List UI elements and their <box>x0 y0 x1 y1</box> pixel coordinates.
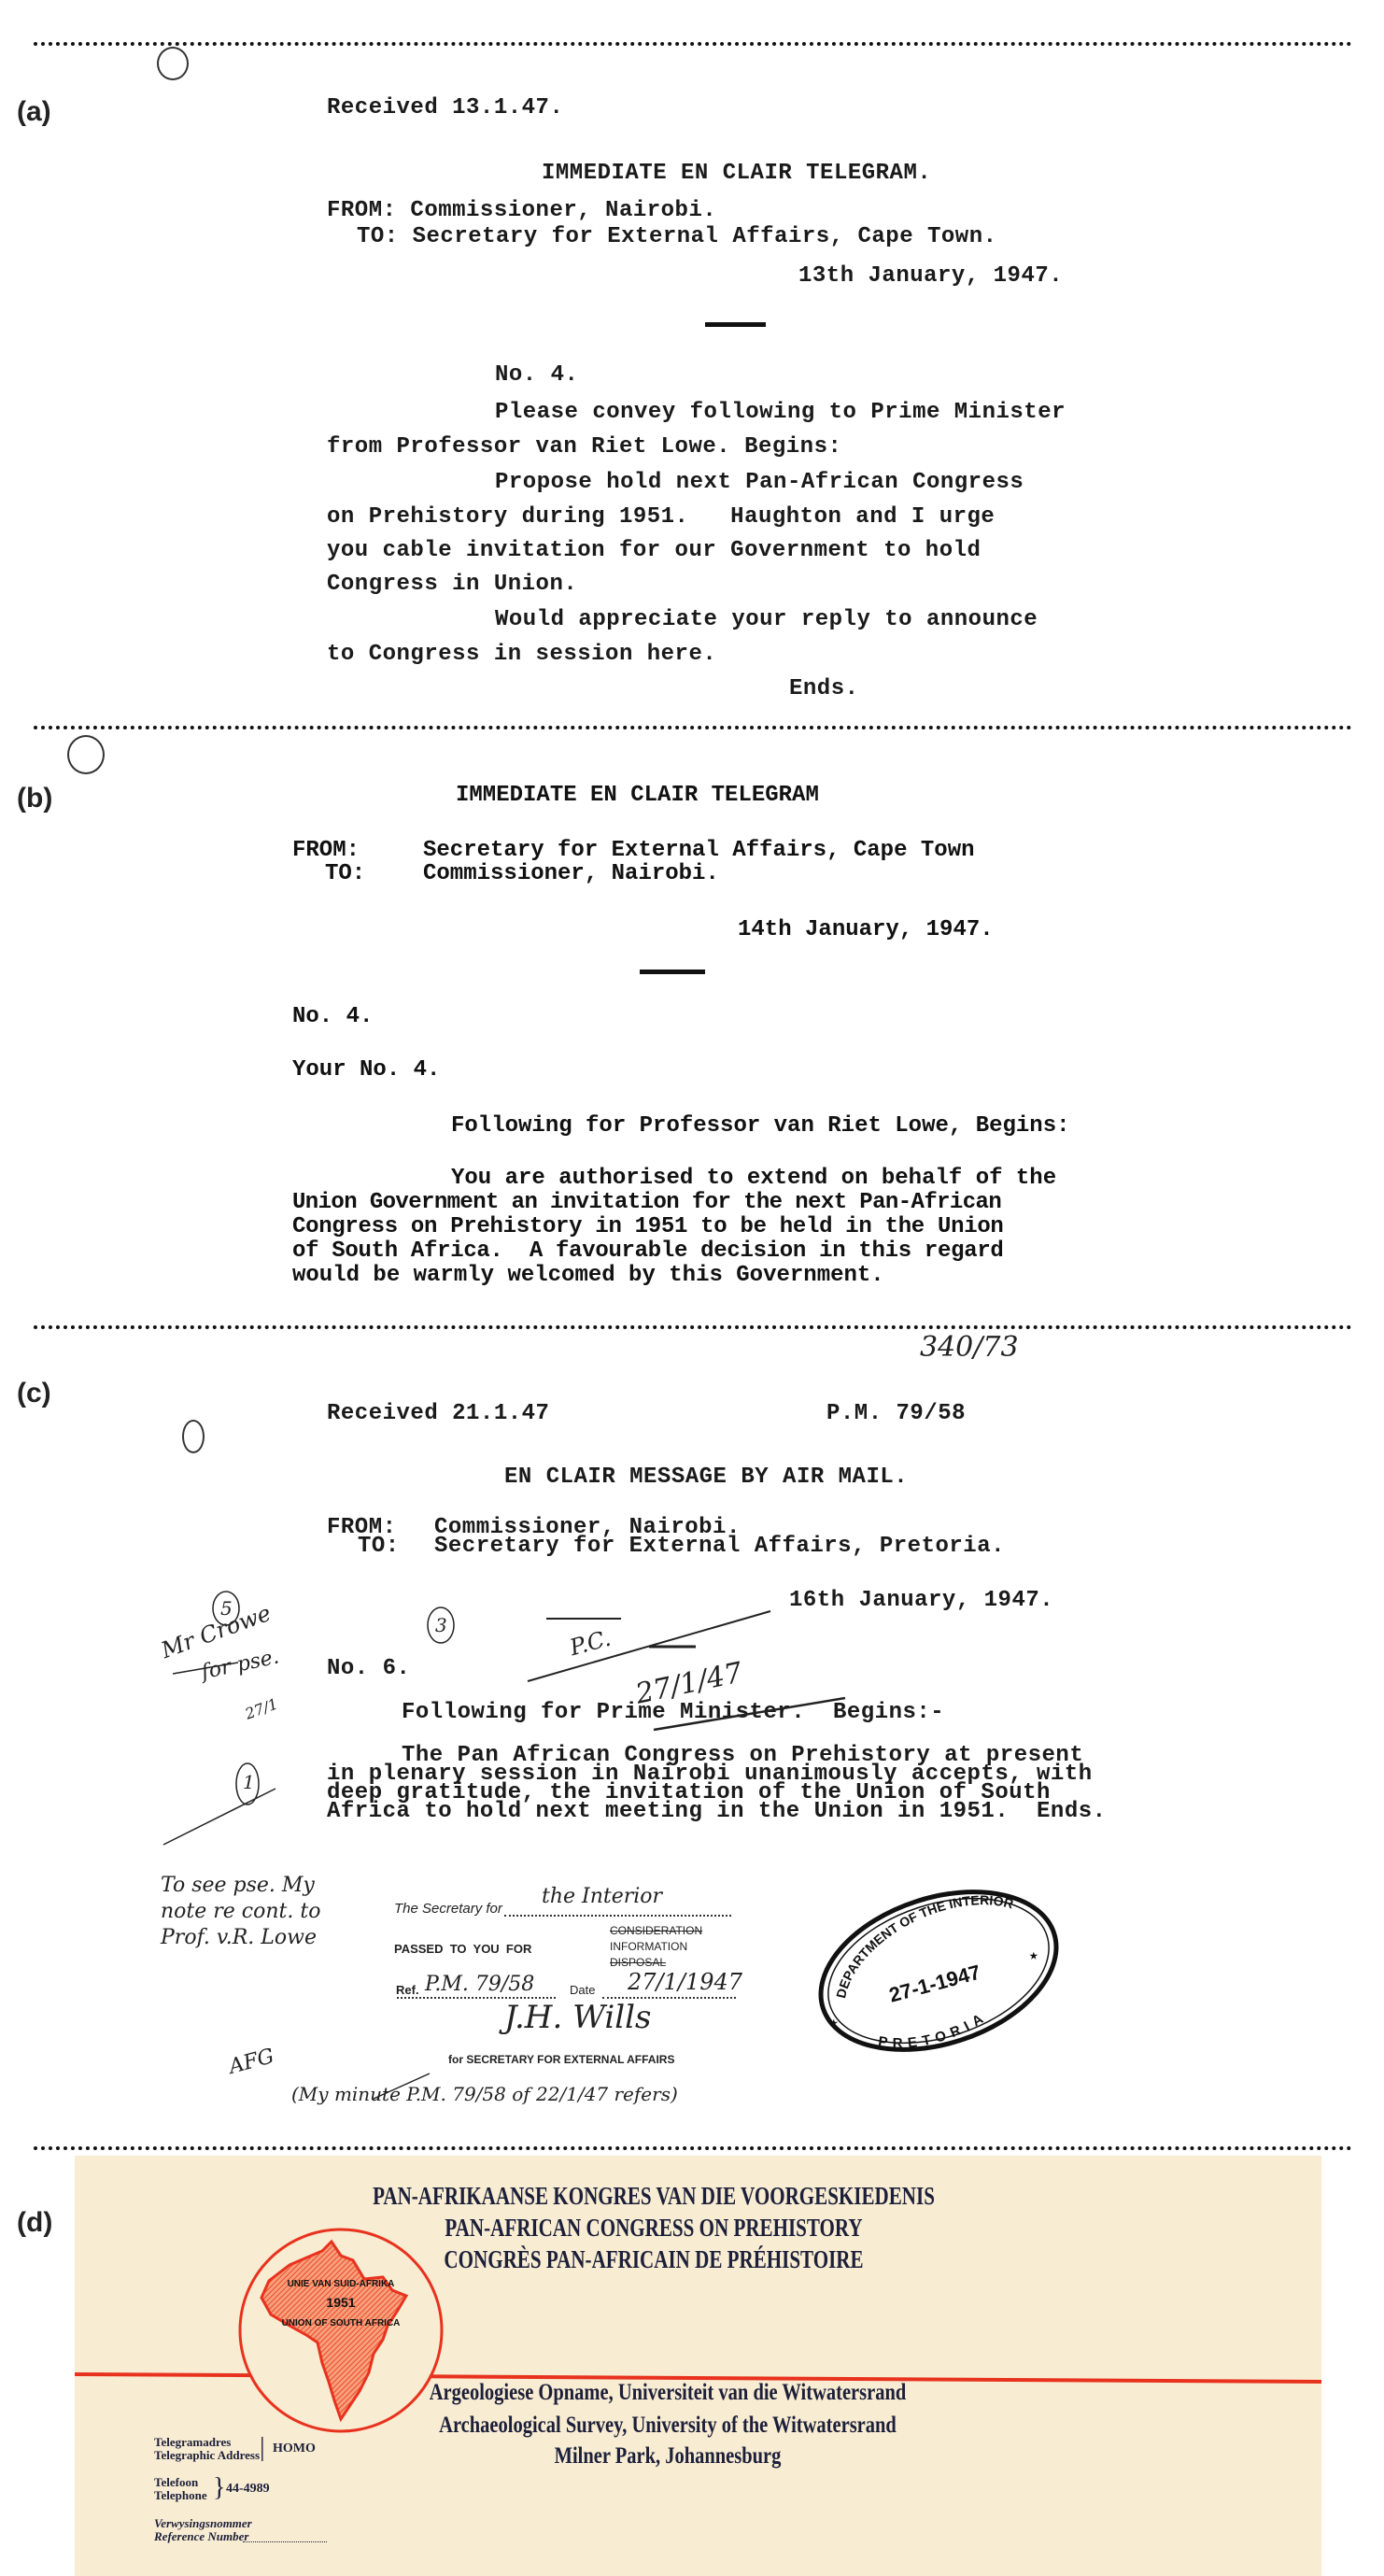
telephone-label-af: Telefoon <box>154 2476 198 2489</box>
panel-label-c: (c) <box>17 1378 51 1409</box>
minute-note: (My minute P.M. 79/58 of 22/1/47 refers) <box>291 2083 678 2105</box>
following-b: Following for Professor van Riet Lowe, B… <box>451 1113 1070 1139</box>
ends-a: Ends. <box>789 676 859 701</box>
telegram-title-b: IMMEDIATE EN CLAIR TELEGRAM <box>456 783 819 808</box>
to-label-b: TO: <box>325 861 365 886</box>
body-line: would be warmly welcomed by this Governm… <box>292 1263 884 1288</box>
to-line-a: TO: Secretary for External Affairs, Cape… <box>357 224 997 249</box>
from-line-a: FROM: Commissioner, Nairobi. <box>327 198 716 223</box>
circle-number-3: 3 <box>435 1614 447 1636</box>
ref-value: P.M. 79/58 <box>425 1973 534 1996</box>
passed-to-you-for-label: PASSED TO YOU FOR <box>394 1942 531 1956</box>
stamp-bottom-text: PRETORIA <box>877 2008 991 2051</box>
separator-c <box>34 1325 1352 1329</box>
address-english: Archaeological Survey, University of the… <box>300 2413 1035 2439</box>
panel-label-d: (d) <box>17 2207 52 2239</box>
logo-line2: UNION OF SOUTH AFRICA <box>282 2318 401 2328</box>
margin-note-bottom: To see pse. My note re cont. to Prof. v.… <box>161 1873 347 1951</box>
message-number-a: No. 4. <box>495 362 578 388</box>
divider-dash-a <box>705 322 766 327</box>
department-stamp: DEPARTMENT OF THE INTERIOR PRETORIA 27-1… <box>812 1887 1065 2055</box>
body-line: you cable invitation for our Government … <box>327 538 981 563</box>
reference-number-field <box>243 2541 327 2542</box>
punch-hole-a <box>157 47 189 80</box>
telephone-label-en: Telephone <box>154 2489 207 2502</box>
from-value-b: Secretary for External Affairs, Cape Tow… <box>423 838 975 863</box>
separator-b <box>34 726 1352 729</box>
brace-icon: } <box>213 2474 225 2502</box>
body-line: Union Government an invitation for the n… <box>292 1190 1001 1215</box>
telegraphic-value: HOMO <box>273 2442 316 2456</box>
secretary-for-label: The Secretary for <box>394 1901 502 1917</box>
to-label-c: TO: <box>358 1534 400 1559</box>
address-afrikaans: Argeologiese Opname, Universiteit van di… <box>300 2380 1035 2406</box>
message-title-c: EN CLAIR MESSAGE BY AIR MAIL. <box>504 1465 908 1490</box>
reference-label-en: Reference Number <box>154 2530 248 2543</box>
to-value-c: Secretary for External Affairs, Pretoria… <box>434 1534 1005 1559</box>
body-line: on Prehistory during 1951. Haughton and … <box>327 504 995 530</box>
your-number-b: Your No. 4. <box>292 1057 440 1083</box>
body-line: Please convey following to Prime Ministe… <box>495 400 1066 425</box>
svg-text:PRETORIA: PRETORIA <box>877 2008 991 2051</box>
circle-number-1: 1 <box>243 1771 255 1793</box>
option-disposal: DISPOSAL <box>610 1956 666 1969</box>
reference-label-af: Verwysingsnommer <box>154 2517 252 2530</box>
body-line: You are authorised to extend on behalf o… <box>451 1166 1056 1191</box>
letterhead-title-afrikaans: PAN-AFRIKAANSE KONGRES VAN DIE VOORGESKI… <box>304 2182 1004 2211</box>
address-location: Milner Park, Johannesburg <box>300 2443 1035 2470</box>
date-label: Date <box>570 1983 595 1997</box>
date-a: 13th January, 1947. <box>798 263 1063 289</box>
letterhead: PAN-AFRIKAANSE KONGRES VAN DIE VOORGESKI… <box>75 2156 1321 2576</box>
body-line: Propose hold next Pan-African Congress <box>495 470 1024 495</box>
telegraphic-label-af: Telegramadres <box>154 2436 231 2449</box>
body-line: Would appreciate your reply to announce <box>495 607 1038 632</box>
date-value: 27/1/1947 <box>628 1969 742 1995</box>
punch-hole-c <box>182 1420 205 1453</box>
body-line: Congress in Union. <box>327 572 577 597</box>
logo-year: 1951 <box>326 2295 355 2310</box>
body-line: from Professor van Riet Lowe. Begins: <box>327 434 841 460</box>
telegraphic-label-en: Telegraphic Address <box>154 2449 260 2462</box>
message-number-b: No. 4. <box>292 1004 373 1029</box>
from-label-b: FROM: <box>292 838 360 863</box>
to-value-b: Commissioner, Nairobi. <box>423 861 719 886</box>
date-b: 14th January, 1947. <box>738 917 994 942</box>
panel-label-a: (a) <box>17 96 51 128</box>
logo-line1: UNIE VAN SUID-AFRIKA <box>288 2279 395 2289</box>
brace-icon: | <box>260 2434 265 2462</box>
stamp-date: 27-1-1947 <box>886 1960 982 2007</box>
file-number-handwritten: 340/73 <box>920 1331 1019 1364</box>
body-line: to Congress in session here. <box>327 642 716 667</box>
secretary-for-dotline <box>504 1915 731 1917</box>
separator-a <box>34 42 1352 46</box>
pen-strokes <box>0 1569 1384 2148</box>
star-icon: ★ <box>829 2015 839 2031</box>
telegram-title-a: IMMEDIATE EN CLAIR TELEGRAM. <box>542 161 931 186</box>
star-icon: ★ <box>1029 1947 1038 1964</box>
received-stamp-a: Received 13.1.47. <box>327 95 563 120</box>
pm-reference-c: P.M. 79/58 <box>826 1401 966 1426</box>
punch-hole-b <box>67 735 105 774</box>
panel-label-b: (b) <box>17 783 52 814</box>
divider-dash-b <box>640 970 705 974</box>
body-line: Congress on Prehistory in 1951 to be hel… <box>292 1214 1004 1239</box>
received-stamp-c: Received 21.1.47 <box>327 1401 549 1426</box>
signatory-label: for SECRETARY FOR EXTERNAL AFFAIRS <box>448 2053 674 2066</box>
signature: J.H. Wills <box>504 1999 651 2036</box>
telephone-value: 44-4989 <box>226 2483 270 2496</box>
option-information: INFORMATION <box>610 1940 687 1953</box>
ref-label: Ref. <box>396 1983 419 1997</box>
option-consideration: CONSIDERATION <box>610 1924 702 1937</box>
separator-d <box>34 2146 1352 2150</box>
body-line: of South Africa. A favourable decision i… <box>292 1238 1004 1264</box>
secretary-for-value: the Interior <box>542 1885 662 1908</box>
